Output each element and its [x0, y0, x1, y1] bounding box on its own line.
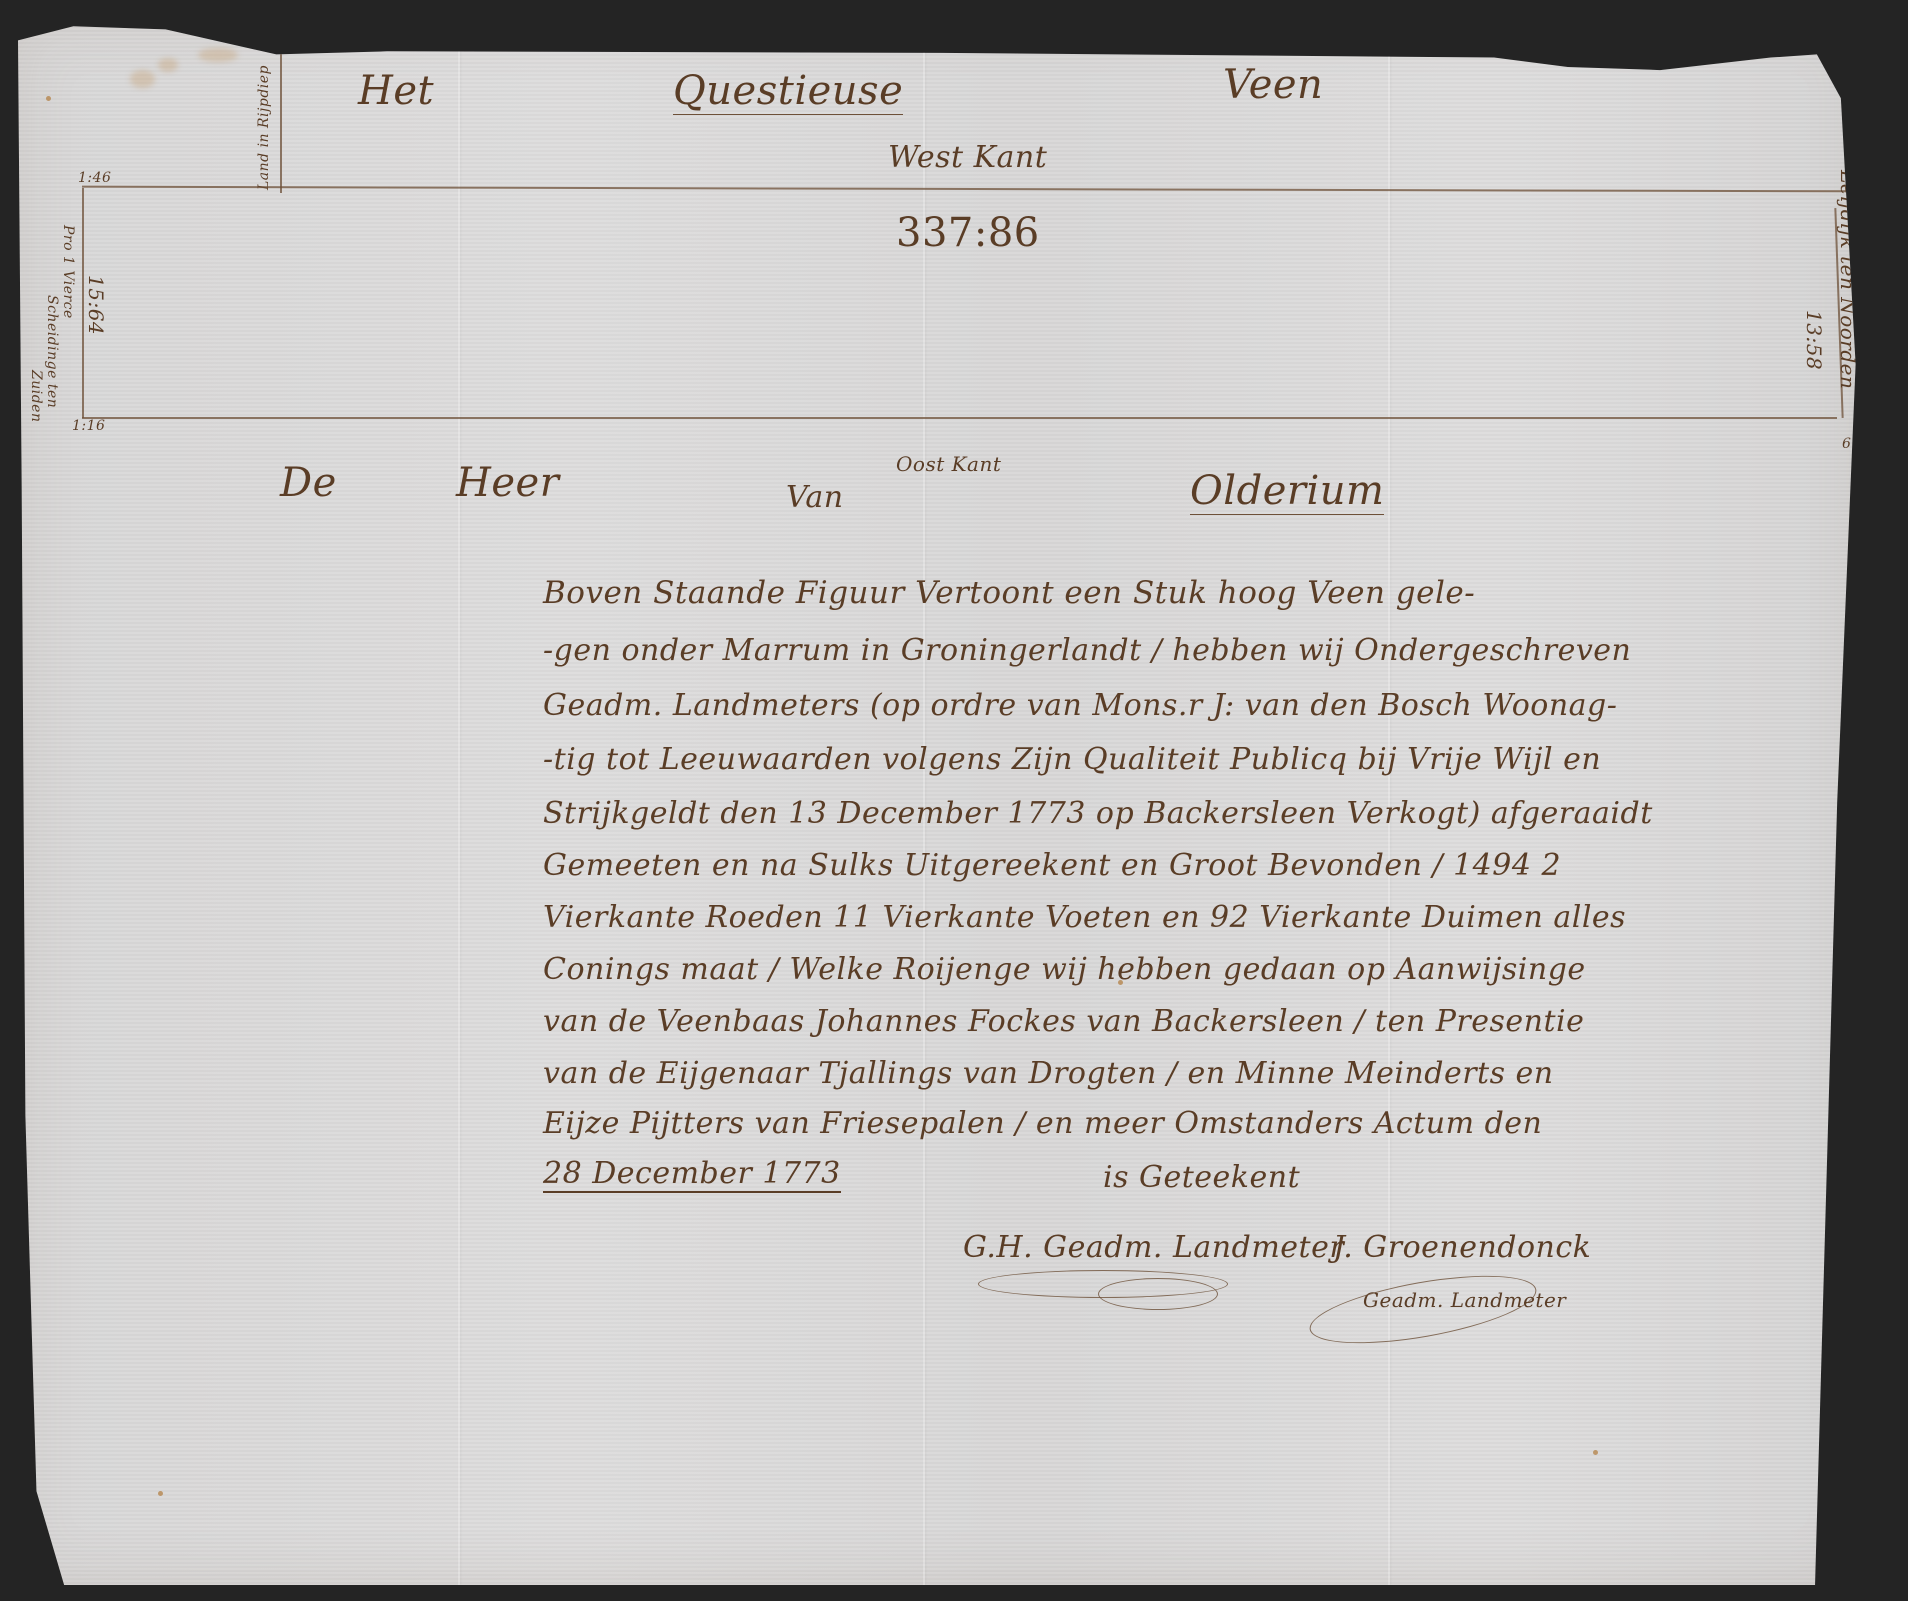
south-label-van: Van — [786, 480, 844, 515]
body-line-6: Gemeeten en na Sulks Uitgereekent en Gro… — [543, 848, 1561, 883]
signature-2: J. Groenendonck — [1333, 1230, 1591, 1265]
map-top-line — [82, 186, 1852, 192]
foxing-dot — [1593, 1450, 1598, 1455]
body-line-8: Conings maat / Welke Roijenge wij hebben… — [543, 952, 1586, 987]
paper-fold — [458, 20, 460, 1585]
corner-note-bottom-right: 6 — [1842, 436, 1851, 452]
body-line-4: -tig tot Leeuwaarden volgens Zijn Qualit… — [543, 742, 1601, 777]
right-margin-note: Leijdijk ten Noorden — [1836, 170, 1860, 389]
body-line-2: -gen onder Marrum in Groningerlandt / he… — [543, 633, 1631, 668]
north-label-questieuse: Questieuse — [673, 68, 903, 115]
signature-flourish — [1305, 1262, 1541, 1356]
corner-note-bottom-left: 1:16 — [72, 418, 105, 434]
scanned-document-viewer: Land in Rijpdiep 1:46 1:16 6 Het Questie… — [0, 0, 1908, 1601]
left-side-measurement: 15:64 — [84, 275, 108, 335]
left-margin-note-3: Zuiden — [28, 370, 44, 423]
west-side-label: West Kant — [888, 140, 1047, 175]
body-line-11: Eijze Pijtters van Friesepalen / en meer… — [543, 1106, 1542, 1141]
signature-flourish — [1098, 1278, 1218, 1310]
body-line-1: Boven Staande Figuur Vertoont een Stuk h… — [543, 575, 1475, 611]
body-line-7: Vierkante Roeden 11 Vierkante Voeten en … — [543, 900, 1626, 935]
body-line-5: Strijkgeldt den 13 December 1773 op Back… — [543, 796, 1653, 831]
body-line-date: 28 December 1773 — [543, 1156, 841, 1193]
body-line-10: van de Eijgenaar Tjallings van Drogten /… — [543, 1056, 1554, 1091]
top-left-box-note: Land in Rijpdiep — [256, 65, 272, 190]
north-label-veen: Veen — [1223, 62, 1323, 108]
right-side-measurement: 13:58 — [1802, 310, 1826, 370]
foxing-stain — [198, 48, 238, 62]
body-line-9: van de Veenbaas Johannes Fockes van Back… — [543, 1004, 1584, 1039]
signature-1: G.H. Geadm. Landmeter — [963, 1230, 1344, 1265]
south-label-heer: Heer — [456, 460, 559, 506]
foxing-dot — [158, 1491, 163, 1496]
foxing-dot — [46, 96, 51, 101]
east-side-label: Oost Kant — [896, 452, 1001, 476]
south-label-de: De — [280, 460, 337, 506]
closing-text: is Geteekent — [1103, 1160, 1300, 1195]
north-label-het: Het — [358, 68, 434, 114]
map-box-edge — [280, 50, 282, 193]
top-measurement: 337:86 — [896, 210, 1040, 256]
foxing-stain — [130, 70, 155, 88]
map-bottom-line — [82, 417, 1837, 419]
paper-sheet: Land in Rijpdiep 1:46 1:16 6 Het Questie… — [18, 20, 1863, 1585]
foxing-stain — [158, 58, 178, 72]
south-label-olderium: Olderium — [1190, 468, 1384, 515]
left-margin-note-1: Pro 1 Vierce — [60, 225, 76, 319]
left-margin-note-2: Scheidinge ten — [44, 295, 60, 408]
body-line-3: Geadm. Landmeters (op ordre van Mons.r J… — [543, 688, 1617, 723]
corner-note-top-left: 1:46 — [78, 170, 111, 186]
